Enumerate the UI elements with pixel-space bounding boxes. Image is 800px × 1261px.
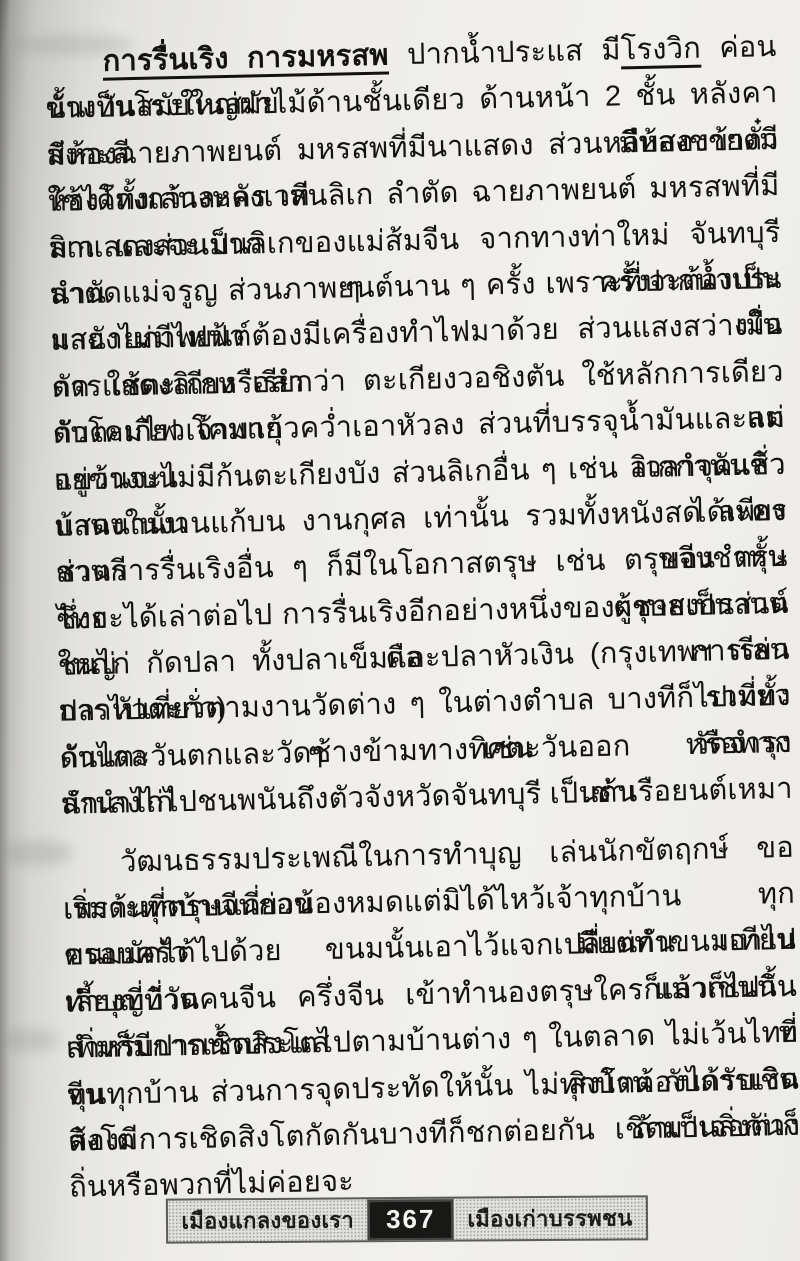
footer-left-title: เมืองแกลงของเรา xyxy=(181,1202,354,1238)
page-footer: เมืองแกลงของเรา 367 เมืองเก่าบรรพชน xyxy=(166,1195,648,1243)
heading-line-text: ปากน้ำประแส มี xyxy=(388,34,621,71)
paragraph-1: การรื่นเริง การมหรสพ ปากน้ำประแส มีโรงวิ… xyxy=(44,24,793,828)
page-number: 367 xyxy=(386,1203,436,1233)
section-heading: การรื่นเริง การมหรสพ xyxy=(102,39,389,77)
footer-right-title: เมืองเก่าบรรพชน xyxy=(467,1200,632,1236)
scanned-book-page: การรื่นเริง การมหรสพ ปากน้ำประแส มีโรงวิ… xyxy=(0,0,800,1261)
page-number-badge: 367 xyxy=(368,1199,454,1240)
paragraph-2: วัฒนธรรมประเพณีในการทำบุญ เล่นนักขัตฤกษ์… xyxy=(62,824,800,1165)
body-text: การรื่นเริง การมหรสพ ปากน้ำประแส มีโรงวิ… xyxy=(44,24,800,1165)
scan-smudge xyxy=(0,1028,58,1052)
underlined-term: โรงวิก xyxy=(620,33,701,67)
